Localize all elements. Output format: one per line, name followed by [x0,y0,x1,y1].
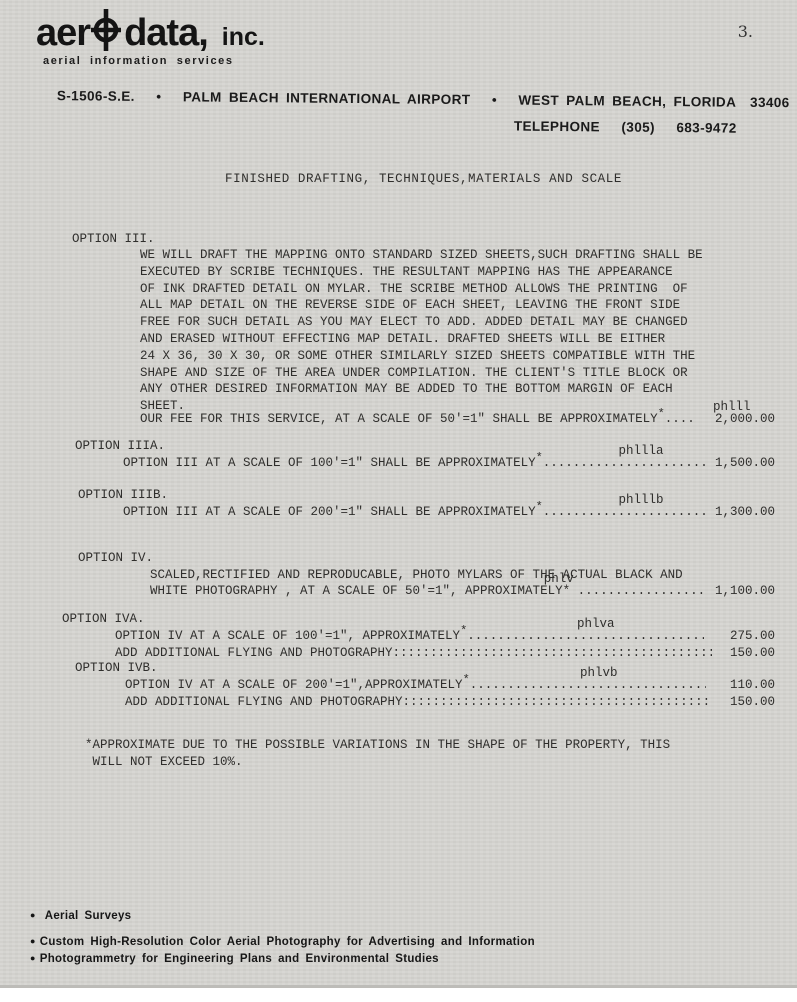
option-iiia-heading: OPTION IIIA. [75,438,165,455]
fee-amount-wrap: phlll2,000.00 [715,411,775,428]
fee-amount: 1,300.00 [715,504,775,521]
fee-leader-dots: .... [665,411,695,428]
asterisk-marker: * [463,672,470,689]
document-title: FINISHED DRAFTING, TECHNIQUES,MATERIALS … [25,171,797,188]
fee-annotation: phllla [619,443,664,460]
fee-label: WHITE PHOTOGRAPHY , AT A SCALE OF 50'=1"… [150,583,578,600]
fee-leader-dots: ........................................… [578,583,707,600]
asterisk-marker: * [536,499,543,516]
logo-tagline: aerial information services [43,55,234,67]
paper-scan-background: aer data,inc. 3. aerial information serv… [0,0,797,988]
option-iii-fee-row: OUR FEE FOR THIS SERVICE, AT A SCALE OF … [140,411,775,428]
logo-text-aer: aer [36,12,90,54]
fee-amount: 275.00 [730,628,775,645]
option-ivb-add-row: ADD ADDITIONAL FLYING AND PHOTOGRAPHY:::… [125,694,775,711]
fee-annotation: phlvb [580,665,618,682]
bullet-icon [30,910,36,922]
fee-annotation: phlv [544,571,574,588]
crosshair-icon [90,12,124,54]
option-iiib-heading: OPTION IIIB. [78,487,168,504]
telephone-line: TELEPHONE (305) 683-9472 [0,114,797,137]
asterisk-marker: * [658,406,665,423]
approximate-footnote: *APPROXIMATE DUE TO THE POSSIBLE VARIATI… [85,737,670,771]
option-ivb-heading: OPTION IVB. [75,660,158,677]
logo-text-data: data, [124,12,208,54]
fee-label: OPTION IV AT A SCALE OF 200'=1",APPROXIM… [125,677,463,694]
footer-service-label: Aerial Surveys [45,910,132,922]
scanned-document-page: aer data,inc. 3. aerial information serv… [0,0,797,1002]
footer-service-item: Custom High-Resolution Color Aerial Phot… [30,936,535,948]
logo-text-inc: inc. [222,23,265,51]
company-logo: aer data,inc. [36,6,265,55]
option-iiia-fee-row: OPTION III AT A SCALE OF 100'=1" SHALL B… [123,455,775,472]
fee-label: OPTION IV AT A SCALE OF 100'=1", APPROXI… [115,628,460,645]
fee-annotation: phlll [713,399,751,416]
address-line: S-1506-S.E. • PALM BEACH INTERNATIONAL A… [0,88,797,111]
fee-label: OPTION III AT A SCALE OF 200'=1" SHALL B… [123,504,536,521]
fee-leader-colons: ::::::::::::::::::::::::::::::::::::::::… [393,645,712,662]
option-iiib-fee-row: OPTION III AT A SCALE OF 200'=1" SHALL B… [123,504,775,521]
page-number: 3. [738,22,753,41]
fee-label: ADD ADDITIONAL FLYING AND PHOTOGRAPHY [125,694,403,711]
option-iva-heading: OPTION IVA. [62,611,145,628]
fee-amount: 1,100.00 [715,583,775,600]
option-ivb-fee-row: OPTION IV AT A SCALE OF 200'=1",APPROXIM… [125,677,775,694]
fee-amount: 150.00 [730,645,775,662]
option-iva-add-row: ADD ADDITIONAL FLYING AND PHOTOGRAPHY:::… [115,645,775,662]
bullet-icon [30,953,36,965]
option-iv-heading: OPTION IV. [78,550,153,567]
bullet-icon [30,936,36,948]
fee-label: OUR FEE FOR THIS SERVICE, AT A SCALE OF … [140,411,658,428]
asterisk-marker: * [460,623,467,640]
fee-annotation: phlllb [619,492,664,509]
fee-amount: 110.00 [730,677,775,694]
footer-service-item: Aerial Surveys [30,910,131,922]
footer-service-item: Photogrammetry for Engineering Plans and… [30,953,439,965]
fee-amount: 1,500.00 [715,455,775,472]
letterhead-address-block: S-1506-S.E. • PALM BEACH INTERNATIONAL A… [0,88,797,137]
footer-service-label: Photogrammetry for Engineering Plans and… [40,953,439,965]
fee-leader-colons: ::::::::::::::::::::::::::::::::::::::::… [403,694,712,711]
option-iii-heading: OPTION III. [72,231,155,248]
option-iii-body: WE WILL DRAFT THE MAPPING ONTO STANDARD … [140,247,703,415]
option-iva-fee-row: OPTION IV AT A SCALE OF 100'=1", APPROXI… [115,628,775,645]
option-iv-fee-row: WHITE PHOTOGRAPHY , AT A SCALE OF 50'=1"… [150,583,775,600]
fee-label: OPTION III AT A SCALE OF 100'=1" SHALL B… [123,455,536,472]
fee-annotation: phlva [577,616,615,633]
footer-service-label: Custom High-Resolution Color Aerial Phot… [40,936,535,948]
option-iv-body: SCALED,RECTIFIED AND REPRODUCABLE, PHOTO… [150,567,683,584]
fee-amount: 150.00 [730,694,775,711]
asterisk-marker: * [536,450,543,467]
